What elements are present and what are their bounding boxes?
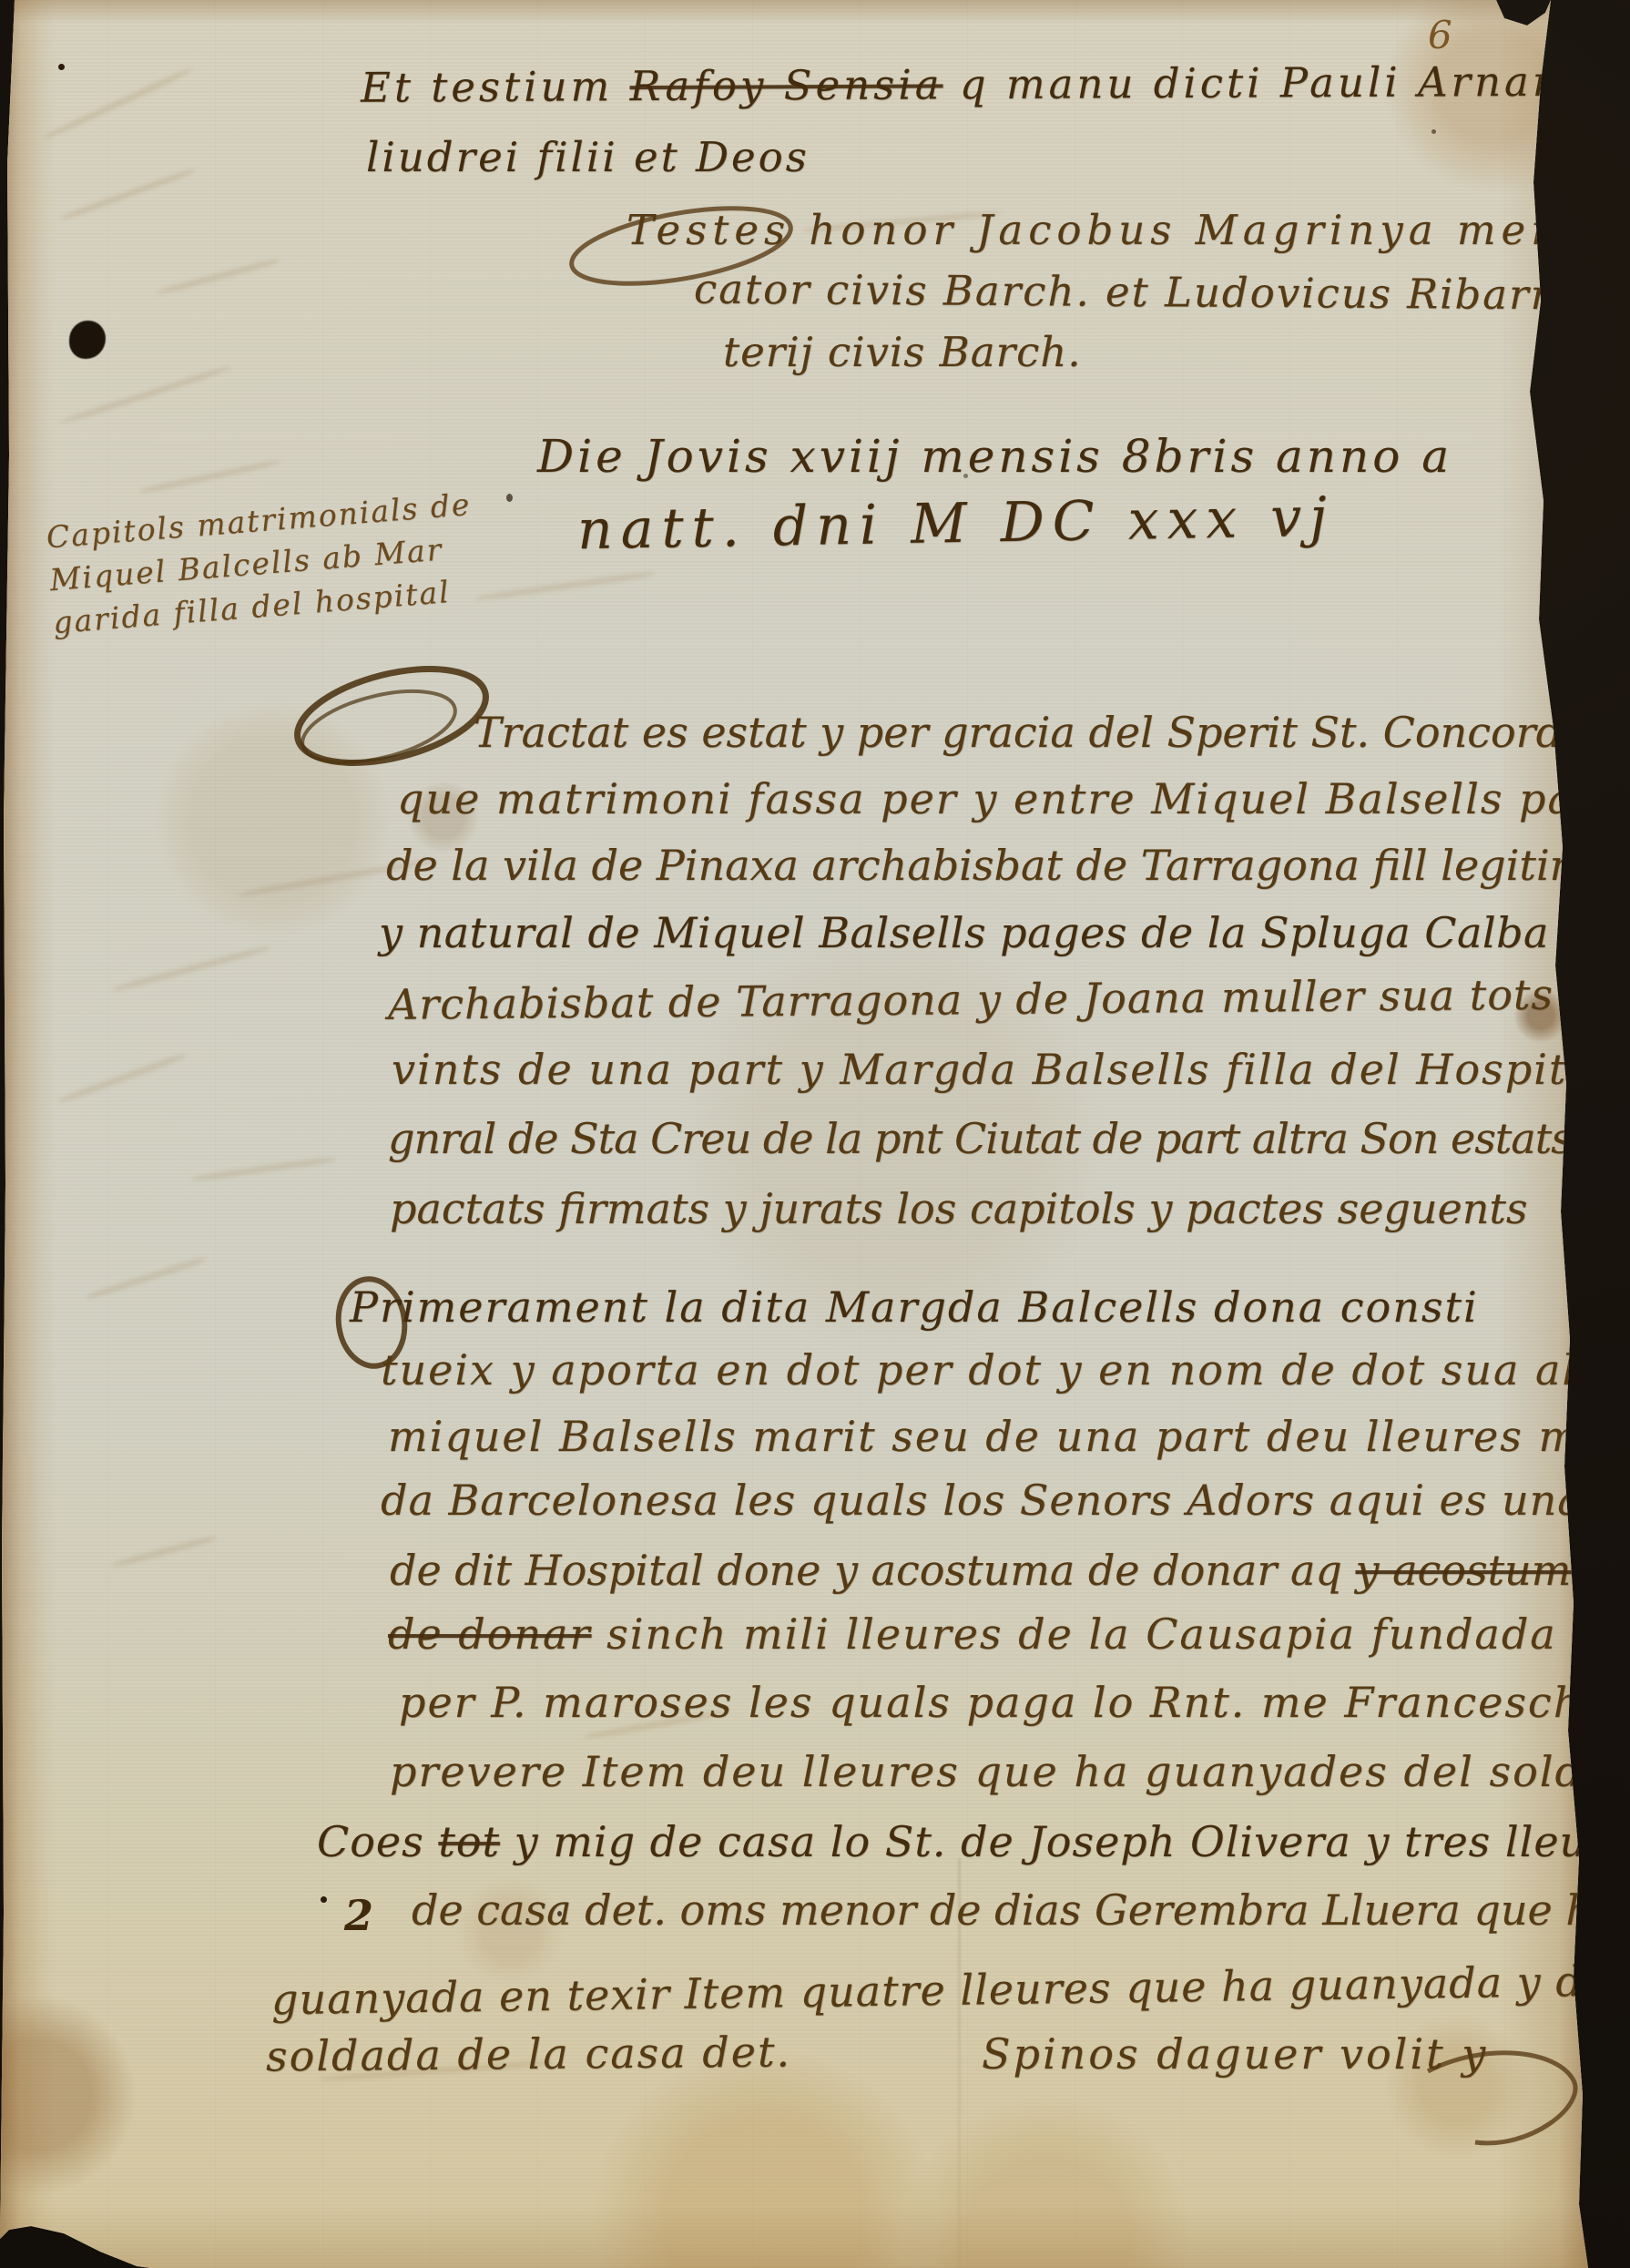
body-line: Coes tot y mig de casa lo St. de Joseph … — [317, 1817, 1630, 1866]
ink-speck — [1431, 129, 1436, 134]
show-through-mark — [43, 66, 194, 140]
body-line: da Barcelonesa les quals los Senors Ador… — [381, 1476, 1630, 1525]
manuscript-page: 6 Et testium Rafoy Sensia q manu dicti P… — [0, 0, 1630, 2268]
show-through-mark — [474, 570, 655, 602]
witness-line-2: cator civis Barch. et Ludovicus Ribarra — [694, 265, 1578, 320]
body-line: que matrimoni fassa per y entre Miquel B… — [397, 774, 1630, 823]
witness-line-3: terij civis Barch. — [723, 328, 1082, 376]
show-through-mark — [58, 363, 233, 425]
folio-number: 6 — [1428, 13, 1452, 57]
show-through-mark — [110, 1535, 218, 1569]
ink-blot — [69, 321, 106, 359]
crossed-out-word: Rafoy Sensia — [629, 60, 942, 110]
show-through-mark — [138, 458, 281, 495]
margin-correction-mark: 2 — [344, 1891, 373, 1940]
closing-line-2: liudrei filii et Deos — [366, 133, 810, 181]
body-line: per P. maroses les quals paga lo Rnt. me… — [399, 1678, 1630, 1727]
photo-background: { "document": { "folio": "6" }, "closing… — [0, 0, 1630, 2268]
show-through-mark — [58, 167, 198, 222]
body-line: Archabisbat de Tarragona y de Joana mull… — [388, 969, 1607, 1029]
body-line: de casa det. oms menor de dias Gerembra … — [412, 1885, 1617, 1935]
marginal-rubric: Capitols matrimonials de Miquel Balcells… — [45, 483, 479, 644]
body-line-text: y mig de casa lo St. de Joseph Olivera y… — [500, 1817, 1630, 1866]
crossed-out-phrase: de donar — [388, 1609, 591, 1659]
crossed-out-phrase: y acostume — [1355, 1546, 1595, 1595]
show-through-mark — [57, 1052, 188, 1105]
body-line: vints de una part y Margda Balsells fill… — [392, 1045, 1610, 1094]
body-line: tueix y aporta en dot per dot y en nom d… — [381, 1345, 1630, 1395]
date-line-1: Die Jovis xviij mensis 8bris anno a — [537, 430, 1452, 483]
body-line: de donar sinch mili lleures de la Causap… — [388, 1609, 1557, 1659]
body-line: de la vila de Pinaxa archabisbat de Tarr… — [386, 841, 1589, 890]
show-through-mark — [84, 1256, 207, 1302]
show-through-mark — [111, 945, 271, 993]
ink-speck — [506, 494, 513, 502]
show-through-mark — [156, 257, 280, 296]
body-line-text: sinch mili lleures de la Causapia fundad… — [591, 1609, 1556, 1659]
left-edge-browning — [0, 0, 56, 2268]
closing-line-1: Et testium Rafoy Sensia q manu dicti Pau… — [361, 56, 1630, 111]
closing-line-1-end: q manu dicti Pauli Arnandes — [942, 56, 1630, 108]
top-edge-browning — [0, 0, 1630, 24]
witness-line-1: Testes honor Jacobus Magrinya mer — [627, 206, 1556, 254]
body-line: prevere Item deu lleures que ha guanyade… — [390, 1747, 1630, 1796]
body-line: gnral de Sta Creu de la pnt Ciutat de pa… — [388, 1114, 1630, 1163]
crossed-out-word: tot — [438, 1817, 500, 1866]
body-line: soldada de la casa det. — [266, 2027, 791, 2080]
date-line-2: natt. dni M DC xxx vj — [576, 485, 1335, 563]
body-line: miquel Balsells marit seu de una part de… — [388, 1412, 1630, 1461]
body-line: guanyada en texir Item quatre lleures qu… — [271, 1956, 1610, 2025]
body-line-text: de dit Hospital done y acostuma de donar… — [390, 1546, 1355, 1595]
body-line: y natural de Miquel Balsells pages de la… — [379, 908, 1630, 957]
show-through-mark — [191, 1156, 336, 1182]
ink-speck — [58, 64, 65, 70]
body-line: de dit Hospital done y acostuma de donar… — [390, 1546, 1596, 1595]
body-line: pactats firmats y jurats los capitols y … — [390, 1184, 1527, 1233]
ink-speck — [321, 1896, 327, 1903]
body-line: Primerament la dita Margda Balcells dona… — [350, 1282, 1479, 1332]
calligraphic-flourish — [284, 658, 503, 785]
body-line: Tractat es estat y per gracia del Sperit… — [474, 708, 1605, 757]
closing-line-1-text: Et testium — [361, 62, 630, 112]
bottom-edge-browning — [0, 2204, 1630, 2268]
body-line-text: Coes — [317, 1817, 438, 1866]
body-line: Spinos daguer volit y — [982, 2029, 1488, 2079]
